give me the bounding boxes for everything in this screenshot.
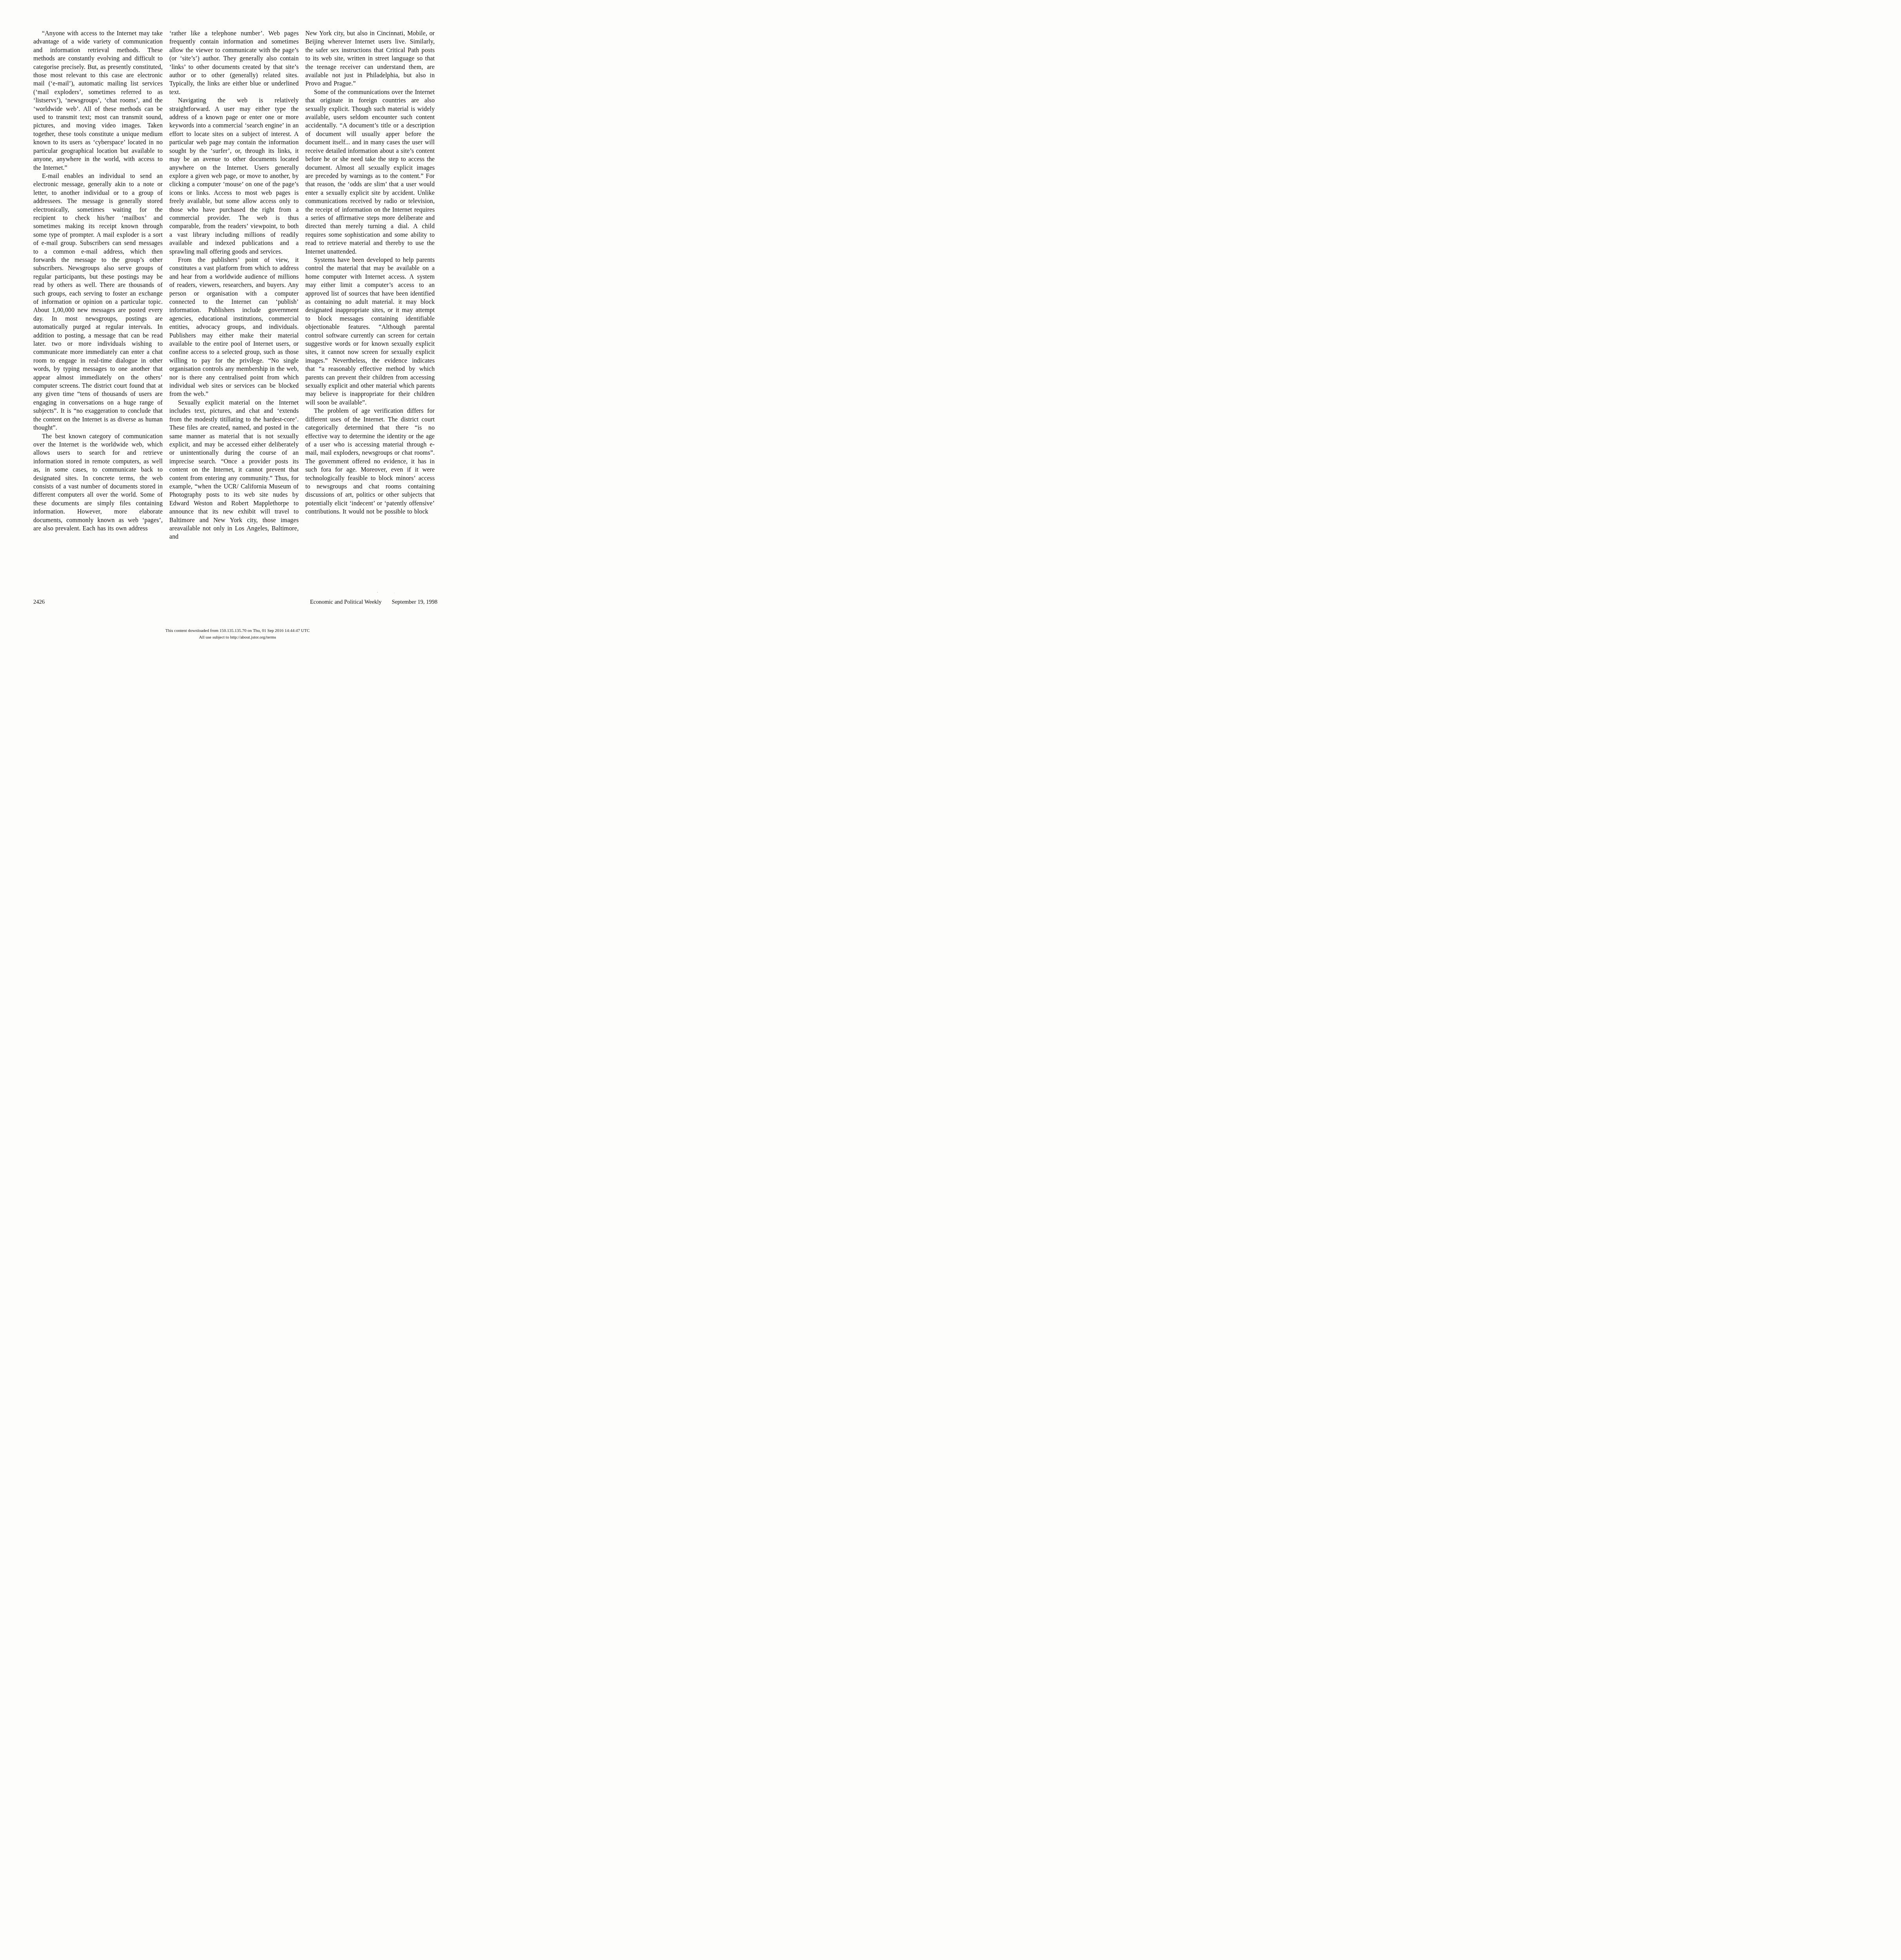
paragraph: “Anyone with access to the Internet may … xyxy=(33,29,163,172)
column-3: New York city, but also in Cincinnati, M… xyxy=(305,29,435,541)
paragraph: E-mail enables an individual to send an … xyxy=(33,172,163,432)
scan-noise-speck xyxy=(377,592,378,593)
paragraph: Some of the communications over the Inte… xyxy=(305,88,435,256)
page-number: 2426 xyxy=(33,599,45,606)
paragraph-continuation: New York city, but also in Cincinnati, M… xyxy=(305,29,435,88)
page-footer: 2426 Economic and Political Weekly Septe… xyxy=(33,599,437,606)
paragraph: The problem of age verification differs … xyxy=(305,407,435,516)
journal-page-scan: “Anyone with access to the Internet may … xyxy=(0,0,475,648)
footer-journal-info: Economic and Political Weekly September … xyxy=(310,599,437,606)
jstor-terms-line: All use subject to http://about.jstor.or… xyxy=(0,634,475,641)
paragraph: Sexually explicit material on the Intern… xyxy=(169,399,299,541)
paragraph-continuation: ‘rather like a telephone number’. Web pa… xyxy=(169,29,299,96)
paragraph: The best known category of communication… xyxy=(33,432,163,533)
paragraph: From the publishers’ point of view, it c… xyxy=(169,256,299,399)
paragraph: Systems have been developed to help pare… xyxy=(305,256,435,407)
article-body: “Anyone with access to the Internet may … xyxy=(33,29,437,541)
paragraph: Navigating the web is relatively straigh… xyxy=(169,96,299,256)
issue-date: September 19, 1998 xyxy=(392,599,437,606)
column-1: “Anyone with access to the Internet may … xyxy=(33,29,163,541)
jstor-stamp: This content downloaded from 150.135.135… xyxy=(0,628,475,641)
scan-noise-speck xyxy=(394,593,395,593)
jstor-download-line: This content downloaded from 150.135.135… xyxy=(0,628,475,634)
journal-title: Economic and Political Weekly xyxy=(310,599,382,606)
column-2: ‘rather like a telephone number’. Web pa… xyxy=(169,29,299,541)
